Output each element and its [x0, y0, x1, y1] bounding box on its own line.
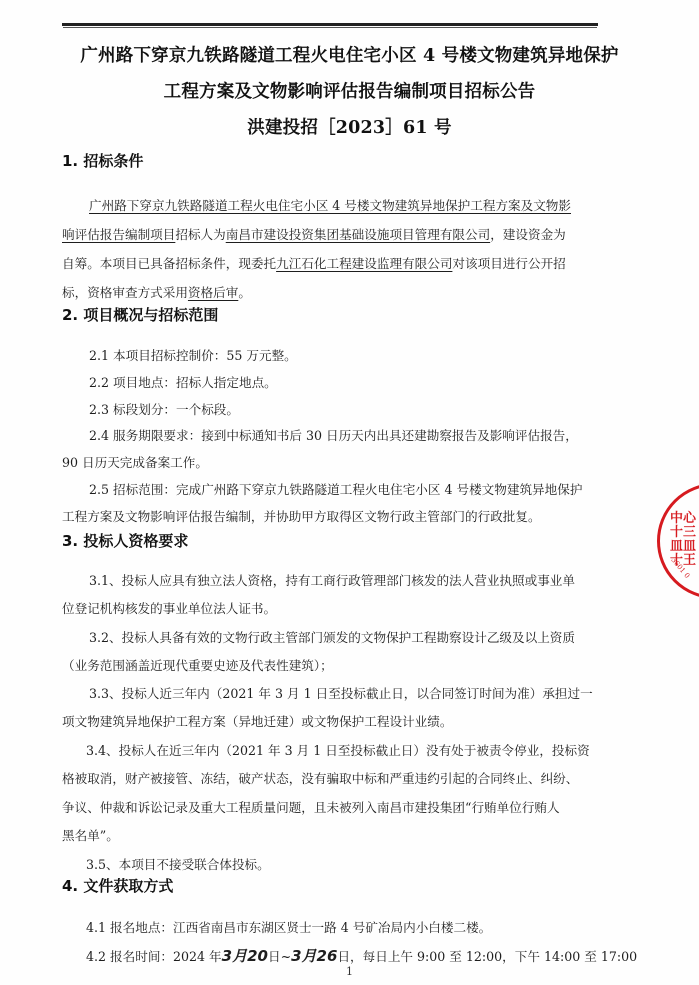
item-3-4-cont-2: 争议、仲裁和诉讼记录及重大工程质量问题，且未被列入南昌市建投集团“行贿单位行贿人 [62, 797, 560, 816]
handwritten-end-date: 3月26 [291, 947, 337, 965]
header-rule [62, 23, 598, 26]
item-2-5: 2.5 招标范围：完成广州路下穿京九铁路隧道工程火电住宅小区 4 号楼文物建筑异… [89, 479, 582, 498]
project-name-cont: 响评估报告编制项目 [62, 227, 175, 242]
section-1-line-3: 自筹。本项目已具备招标条件，现委托九江石化工程建设监理有限公司对该项目进行公开招 [62, 253, 566, 272]
document-number: 洪建投招［2023］61 号 [0, 114, 699, 139]
section-1-line-1: 广州路下穿京九铁路隧道工程火电住宅小区 4 号楼文物建筑异地保护工程方案及文物影 [89, 195, 571, 214]
text: ，建设资金为 [490, 227, 566, 242]
item-3-1-cont: 位登记机构核发的事业单位法人证书。 [62, 598, 276, 617]
item-3-4-cont-3: 黑名单”。 [62, 825, 119, 844]
text: 自筹。本项目已具备招标条件，现委托 [62, 256, 276, 271]
item-3-4-cont-1: 格被取消，财产被接管、冻结，破产状态，没有骗取中标和严重违约引起的合同终止、纠纷… [62, 768, 578, 787]
item-2-2: 2.2 项目地点：招标人指定地点。 [89, 372, 277, 391]
item-3-5: 3.5、本项目不接受联合体投标。 [86, 854, 270, 873]
document-title-line-1: 广州路下穿京九铁路隧道工程火电住宅小区 4 号楼文物建筑异地保护 [0, 42, 699, 67]
item-3-2-cont: （业务范围涵盖近现代重要史迹及代表性建筑）； [62, 655, 333, 674]
official-seal-stamp: 中心 十三 皿皿 十王 3601 0 [657, 483, 699, 599]
agency-name: 九江石化工程建设监理有限公司 [276, 256, 452, 271]
item-3-2: 3.2、投标人具备有效的文物行政主管部门颁发的文物保护工程勘察设计乙级及以上资质 [89, 627, 575, 646]
text: 对该项目进行公开招 [452, 256, 565, 271]
section-2-heading: 2. 项目概况与招标范围 [62, 304, 218, 325]
section-4-heading: 4. 文件获取方式 [62, 875, 173, 896]
item-2-5-cont: 工程方案及文物影响评估报告编制，并协助甲方取得区文物行政主管部门的行政批复。 [62, 506, 541, 525]
handwritten-start-date: 3月20 [222, 947, 268, 965]
item-3-3: 3.3、投标人近三年内（2021 年 3 月 1 日至投标截止日，以合同签订时间… [89, 683, 593, 702]
item-4-2: 4.2 报名时间：2024 年3月20日~3月26日，每日上午 9:00 至 1… [86, 945, 637, 966]
section-1-line-4: 标，资格审查方式采用资格后审。 [62, 282, 251, 301]
text: 4.2 报名时间：2024 年 [86, 949, 222, 964]
text: 日，每日上午 9:00 至 12:00，下午 14:00 至 17:00 [337, 949, 637, 964]
document-page: 广州路下穿京九铁路隧道工程火电住宅小区 4 号楼文物建筑异地保护 工程方案及文物… [0, 0, 699, 985]
section-3-heading: 3. 投标人资格要求 [62, 530, 188, 551]
item-2-4-cont: 90 日历天完成备案工作。 [62, 452, 208, 471]
page-number: 1 [0, 965, 699, 978]
item-2-3: 2.3 标段划分：一个标段。 [89, 399, 239, 418]
review-method: 资格后审 [188, 285, 238, 300]
text: 。 [238, 285, 251, 300]
text: 标，资格审查方式采用 [62, 285, 188, 300]
item-3-1: 3.1、投标人应具有独立法人资格，持有工商行政管理部门核发的法人营业执照或事业单 [89, 570, 575, 589]
project-name: 广州路下穿京九铁路隧道工程火电住宅小区 4 号楼文物建筑异地保护工程方案及文物影 [89, 198, 571, 213]
section-1-line-2: 响评估报告编制项目招标人为南昌市建设投资集团基础设施项目管理有限公司，建设资金为 [62, 224, 566, 243]
document-title-line-2: 工程方案及文物影响评估报告编制项目招标公告 [0, 78, 699, 103]
text: 日~ [268, 949, 291, 964]
tenderer-name: 南昌市建设投资集团基础设施项目管理有限公司 [226, 227, 490, 242]
section-1-heading: 1. 招标条件 [62, 150, 143, 171]
item-2-4: 2.4 服务期限要求：接到中标通知书后 30 日历天内出具还建勘察报告及影响评估… [89, 425, 578, 444]
item-3-3-cont: 项文物建筑异地保护工程方案（异地迁建）或文物保护工程设计业绩。 [62, 711, 452, 730]
item-4-1: 4.1 报名地点：江西省南昌市东湖区贤士一路 4 号矿冶局内小白楼二楼。 [86, 917, 491, 936]
text: 招标人为 [175, 227, 225, 242]
item-3-4: 3.4、投标人在近三年内（2021 年 3 月 1 日至投标截止日）没有处于被责… [86, 740, 590, 759]
item-2-1: 2.1 本项目招标控制价：55 万元整。 [89, 345, 297, 364]
